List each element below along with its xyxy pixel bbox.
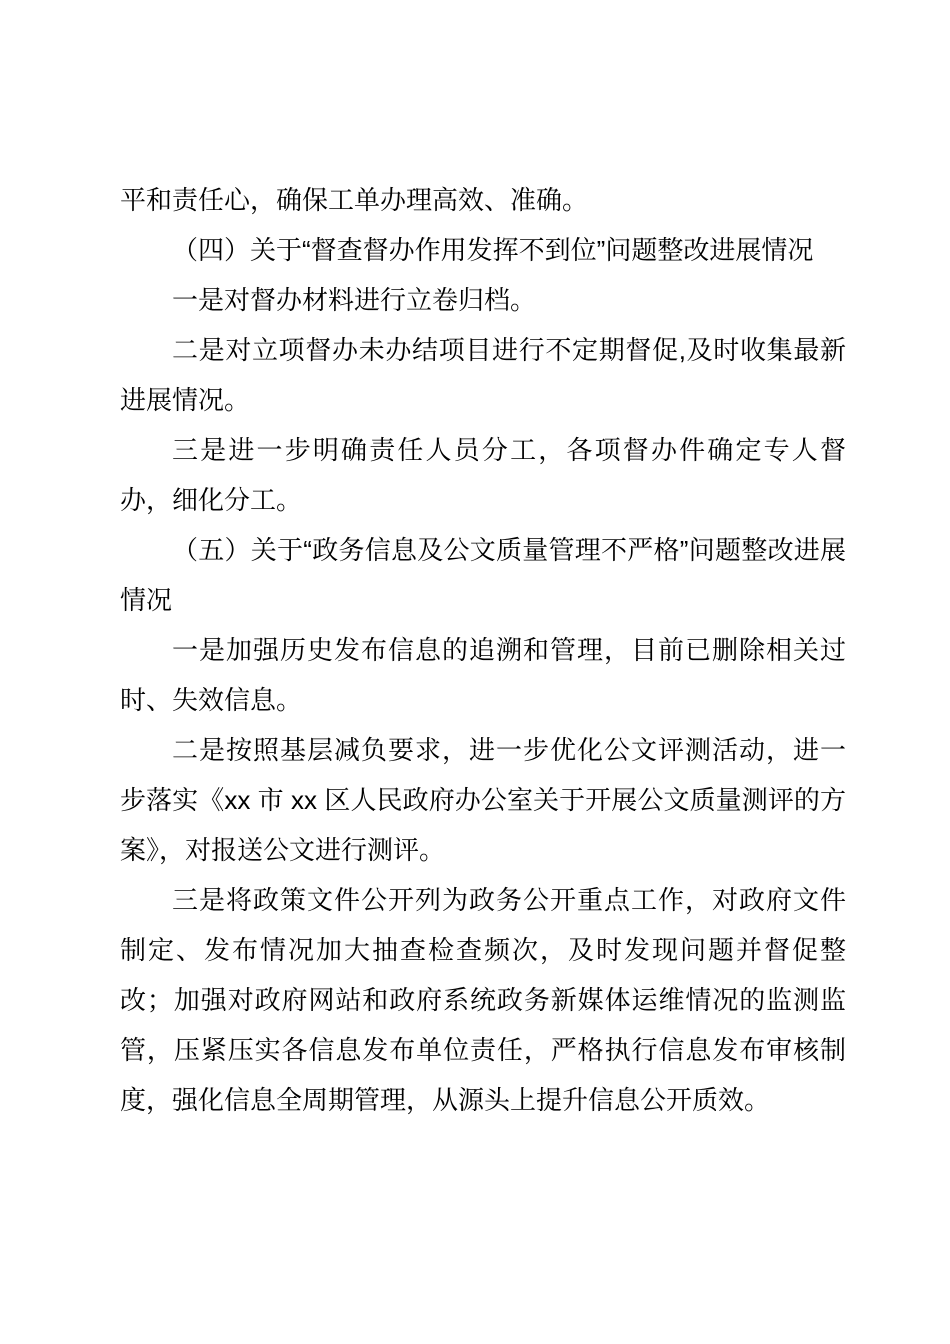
section-5-heading: （五）关于“政务信息及公文质量管理不严格”问题整改进展情况	[120, 525, 846, 625]
section-5-item-3: 三是将政策文件公开列为政务公开重点工作，对政府文件制定、发布情况加大抽查检查频次…	[120, 875, 846, 1125]
document-body: 平和责任心，确保工单办理高效、准确。 （四）关于“督查督办作用发挥不到位”问题整…	[120, 175, 846, 1125]
paragraph-continuation: 平和责任心，确保工单办理高效、准确。	[120, 175, 846, 225]
section-4-item-2: 二是对立项督办未办结项目进行不定期督促,及时收集最新进展情况。	[120, 325, 846, 425]
section-4-heading: （四）关于“督查督办作用发挥不到位”问题整改进展情况	[120, 225, 846, 275]
section-5-item-1: 一是加强历史发布信息的追溯和管理，目前已删除相关过时、失效信息。	[120, 625, 846, 725]
section-4-item-1: 一是对督办材料进行立卷归档。	[120, 275, 846, 325]
section-5-item-2: 二是按照基层减负要求，进一步优化公文评测活动，进一步落实《xx 市 xx 区人民…	[120, 725, 846, 875]
section-4-item-3: 三是进一步明确责任人员分工，各项督办件确定专人督办，细化分工。	[120, 425, 846, 525]
document-page: 平和责任心，确保工单办理高效、准确。 （四）关于“督查督办作用发挥不到位”问题整…	[0, 0, 950, 1344]
